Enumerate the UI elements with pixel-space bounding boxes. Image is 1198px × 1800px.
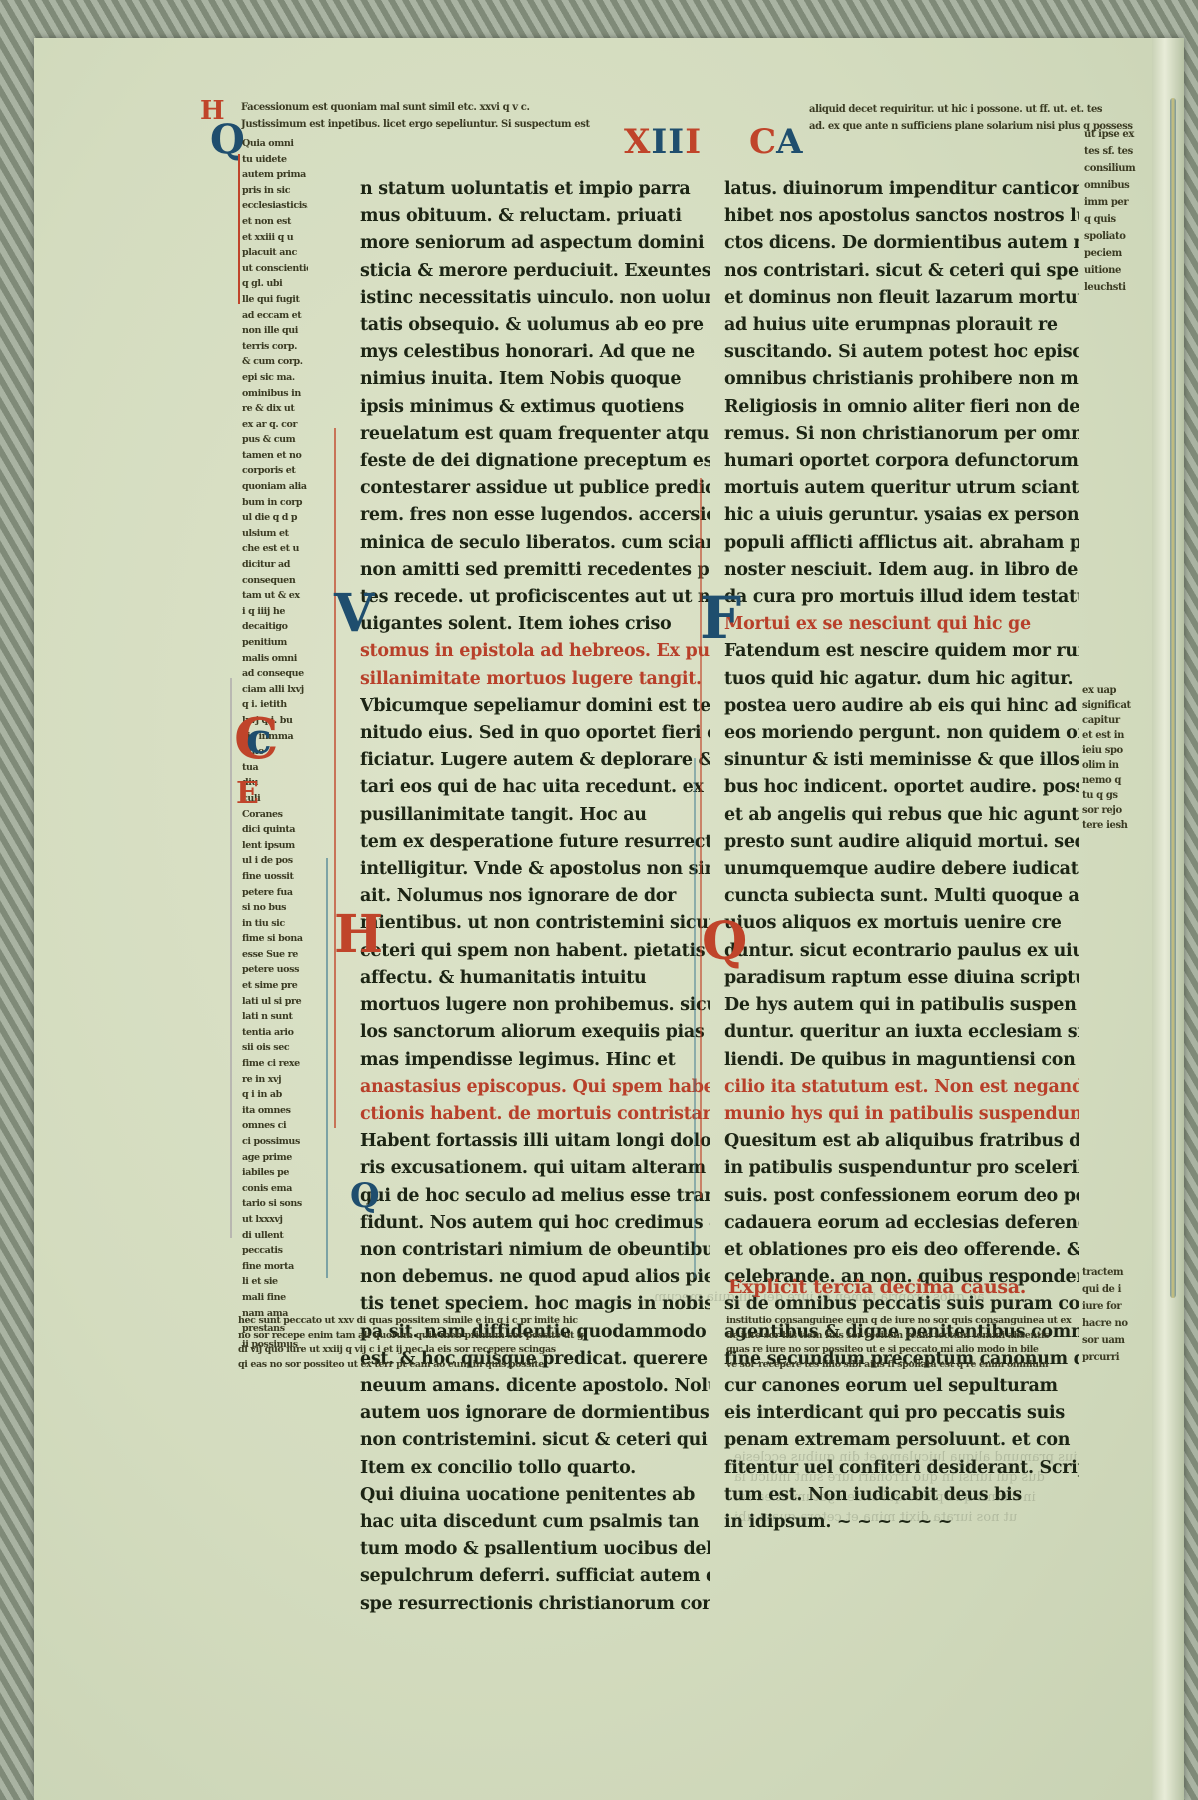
- text-line: terris corp.: [242, 339, 308, 355]
- violet-penwork: [230, 678, 232, 1238]
- text-line: ad conseque: [242, 666, 308, 682]
- text-line: ulsium et: [242, 526, 308, 542]
- text-line: Quia omni: [242, 136, 308, 152]
- text-line: da cura pro mortuis illud idem testatur …: [724, 584, 1079, 611]
- text-line: tes recede. ut proficiscentes aut ut na: [360, 584, 710, 611]
- text-line: sepulchrum deferri. sufficiat autem quod…: [360, 1563, 710, 1590]
- text-line: tu q gs: [1082, 788, 1144, 803]
- text-line: ad eccam et: [242, 308, 308, 324]
- text-line: mus obituum. & reluctam. priuati: [360, 203, 710, 230]
- text-line: mas impendisse legimus. Hinc et: [360, 1047, 710, 1074]
- initial-c-inner: c: [246, 714, 272, 763]
- text-line: De hys autem qui in patibulis suspen: [724, 992, 1079, 1019]
- text-line: et ab angelis qui rebus que hic aguntur.: [724, 802, 1079, 829]
- text-line: paradisum raptum esse diuina scriptura t…: [724, 965, 1079, 992]
- text-line: rem. fres non esse lugendos. accersione …: [360, 502, 710, 529]
- text-line: anastasius episcopus. Qui spem habent re…: [360, 1074, 710, 1101]
- text-line: non ille qui: [242, 323, 308, 339]
- text-line: ex ar q. cor: [242, 417, 308, 433]
- blue-penwork-right: [694, 758, 696, 1278]
- text-line: lati ul si pre: [242, 994, 308, 1010]
- text-line: bum in corp: [242, 495, 308, 511]
- text-line: liendi. De quibus in maguntiensi con: [724, 1047, 1079, 1074]
- text-line: non amitti sed premitti recedentes prece…: [360, 557, 710, 584]
- text-line: hibet nos apostolus sanctos nostros luge…: [724, 203, 1079, 230]
- text-line: mys celestibus honorari. Ad que ne: [360, 339, 710, 366]
- text-line: iure for: [1082, 1298, 1144, 1315]
- text-line: iabiles pe: [242, 1165, 308, 1181]
- text-line: ficiatur. Lugere autem & deplorare & lam: [360, 747, 710, 774]
- text-line: eis interdicant qui pro peccatis suis: [724, 1400, 1079, 1427]
- binding-gutter: [1152, 38, 1184, 1800]
- text-line: tum est. Non iudicabit deus bis: [724, 1482, 1079, 1509]
- text-line: ciam alli lxvj: [242, 682, 308, 698]
- gloss-line: aliquid decet requiritur. ut hic i posso…: [809, 102, 1189, 119]
- text-line: mortuos lugere non prohibemus. sicut non…: [360, 992, 710, 1019]
- text-line: tam ut & ex: [242, 588, 308, 604]
- text-line: corporis et: [242, 463, 308, 479]
- text-line: ominibus in: [242, 386, 308, 402]
- text-line: fine morta: [242, 1259, 308, 1275]
- text-line: omnibus: [1084, 177, 1146, 194]
- text-line: che est et u: [242, 541, 308, 557]
- text-line: Qui diuina uocatione penitentes ab: [360, 1482, 710, 1509]
- text-line: li et sie: [242, 1274, 308, 1290]
- text-line: Quesitum est ab aliquibus fratribus de h…: [724, 1128, 1079, 1155]
- text-line: malis omni: [242, 651, 308, 667]
- text-line: qi eas no sor possiteo ut ex terr pt eam…: [238, 1358, 688, 1373]
- text-line: decaitigo: [242, 619, 308, 635]
- text-line: eos moriendo pergunt. non quidem omnia s…: [724, 720, 1079, 747]
- initial-h-red-large: H: [334, 904, 383, 965]
- text-line: in patibulis suspenduntur pro sceleribus: [724, 1155, 1079, 1182]
- text-line: imm per: [1084, 194, 1146, 211]
- text-line: di ullent: [242, 1228, 308, 1244]
- text-line: n statum uoluntatis et impio parra: [360, 176, 710, 203]
- text-line: Habent fortassis illi uitam longi dolo: [360, 1128, 710, 1155]
- gloss-line: Justissimum est inpetibus. licet ergo se…: [241, 117, 621, 134]
- text-line: ait. Nolumus nos ignorare de dor: [360, 883, 710, 910]
- text-line: petere uoss: [242, 962, 308, 978]
- text-line: ieiu spo: [1082, 743, 1144, 758]
- text-line: q i in ab: [242, 1087, 308, 1103]
- text-line: et xxiii q u: [242, 230, 308, 246]
- text-line: non debemus. ne quod apud alios pieta: [360, 1264, 710, 1291]
- text-line: ut lxxxvj: [242, 1212, 308, 1228]
- text-line: istinc necessitatis uinculo. non uolun: [360, 285, 710, 312]
- text-line: Item ex concilio tollo quarto.: [360, 1455, 710, 1482]
- text-line: ul i de pos: [242, 853, 308, 869]
- text-line: tractem: [1082, 1264, 1144, 1281]
- text-line: esse Sue re: [242, 947, 308, 963]
- chapter-number: XIII: [624, 122, 702, 162]
- text-line: tari eos qui de hac uita recedunt. ex: [360, 774, 710, 801]
- text-line: fidunt. Nos autem qui hoc credimus & doc…: [360, 1210, 710, 1237]
- text-line: intelligitur. Vnde & apostolus non simpl…: [360, 856, 710, 883]
- text-line: populi afflicti afflictus ait. abraham p…: [724, 530, 1079, 557]
- text-line: q gl. ubi: [242, 276, 308, 292]
- text-line: ut conscientie: [242, 261, 308, 277]
- text-line: significat: [1082, 698, 1144, 713]
- text-line: more seniorum ad aspectum domini cum tri: [360, 230, 710, 257]
- text-line: et oblationes pro eis deo offerende. & m…: [724, 1237, 1079, 1264]
- text-line: los sanctorum aliorum exequiis pias lacr…: [360, 1019, 710, 1046]
- text-line: Vbicumque sepeliamur domini est terra & …: [360, 693, 710, 720]
- text-line: capitur: [1082, 713, 1144, 728]
- text-line: institutio consanguinee eum q de iure no…: [726, 1314, 1166, 1329]
- text-line: et dominus non fleuit lazarum mortuum. s…: [724, 285, 1079, 312]
- text-line: tario si sons: [242, 1196, 308, 1212]
- text-line: sinuntur & isti meminisse & que illos qu…: [724, 747, 1079, 774]
- text-line: duntur. queritur an iuxta ecclesiam sint…: [724, 1019, 1079, 1046]
- text-line: nemo q: [1082, 773, 1144, 788]
- text-line: Mortui ex se nesciunt qui hic ge: [724, 611, 1079, 638]
- text-line: & cum corp.: [242, 354, 308, 370]
- text-line: pris in sic: [242, 183, 308, 199]
- text-line: leuchsti: [1084, 279, 1146, 296]
- text-line: ceteri qui spem non habent. pietatis nam…: [360, 938, 710, 965]
- text-line: sillanimitate mortuos lugere tangit.: [360, 666, 710, 693]
- text-line: cilio ita statutum est. Non est neganda …: [724, 1074, 1079, 1101]
- gloss-bottom-left: hec sunt peccato ut xxv di quas possitem…: [238, 1314, 688, 1372]
- text-line: tentia ario: [242, 1025, 308, 1041]
- text-line: qui de hoc seculo ad melius esse transit…: [360, 1183, 710, 1210]
- manuscript-leaf: ad quos propria tamen et iure dei cui qu…: [34, 38, 1184, 1800]
- text-line: minica de seculo liberatos. cum sciamus: [360, 530, 710, 557]
- text-line: lati n sunt: [242, 1009, 308, 1025]
- text-line: tatis obsequio. & uolumus ab eo pre: [360, 312, 710, 339]
- text-line: cur canones eorum uel sepulturam: [724, 1373, 1079, 1400]
- text-line: autem uos ignorare de dormientibus. ut: [360, 1400, 710, 1427]
- blue-penwork-left: [326, 858, 328, 1278]
- text-line: quas re iure no sor possiteo ut e si pec…: [726, 1343, 1166, 1358]
- text-line: tere iesh: [1082, 818, 1144, 833]
- text-line: re in xvj: [242, 1072, 308, 1088]
- text-line: spe resurrectionis christianorum corpori…: [360, 1591, 710, 1618]
- text-line: et non est: [242, 214, 308, 230]
- line-filler: ~ ~ ~ ~ ~ ~: [831, 1512, 952, 1532]
- text-line: pus & cum: [242, 432, 308, 448]
- text-line: humari oportet corpora defunctorum. de: [724, 448, 1079, 475]
- text-line: mortuis autem queritur utrum sciant ea q…: [724, 475, 1079, 502]
- text-line: uitione: [1084, 262, 1146, 279]
- text-line: hec sunt peccato ut xxv di quas possitem…: [238, 1314, 688, 1329]
- text-line: et est in: [1082, 728, 1144, 743]
- text-line: ctionis habent. de mortuis contristari n…: [360, 1101, 710, 1128]
- text-line: suscitando. Si autem potest hoc episcopu…: [724, 339, 1079, 366]
- text-line: bus hoc indicent. oportet audire. possun…: [724, 774, 1079, 801]
- text-line: tum modo & psallentium uocibus debent ad: [360, 1536, 710, 1563]
- initial-f-blue: F: [700, 584, 741, 652]
- text-line: dici quinta: [242, 822, 308, 838]
- initial-u-blue: V: [334, 583, 374, 644]
- initial-q-blue-small: Q: [350, 1176, 380, 1216]
- explicit-rubric: Explicit tercia decima causa.: [728, 1274, 1026, 1301]
- text-line: spoliato: [1084, 228, 1146, 245]
- text-line: unumquemque audire debere iudicat. cui: [724, 856, 1079, 883]
- text-line: dicitur ad: [242, 557, 308, 573]
- text-line: sor rejo: [1082, 803, 1144, 818]
- text-line: ita omnes: [242, 1103, 308, 1119]
- gloss-column-right-mid: ex uapsignificatcapituret est inieiu spo…: [1082, 683, 1144, 833]
- text-line: nos contristari. sicut & ceteri qui spem…: [724, 258, 1079, 285]
- text-line: ctos dicens. De dormientibus autem nolo: [724, 230, 1079, 257]
- text-line: lent ipsum: [242, 838, 308, 854]
- initial-q-red-large: Q: [702, 911, 747, 972]
- initial-e-red: E: [236, 776, 259, 811]
- text-line: in tiu sic: [242, 916, 308, 932]
- text-line: de iure sor his item fuis sor recitem re…: [726, 1329, 1166, 1344]
- text-line: omnibus christianis prohibere non morere…: [724, 366, 1079, 393]
- text-line: age prime: [242, 1150, 308, 1166]
- text-line: no sor recepe enim tam ali quorum quia m…: [238, 1329, 688, 1344]
- text-line: consilium: [1084, 160, 1146, 177]
- text-line: quoniam alia u: [242, 479, 308, 495]
- text-line: cuncta subiecta sunt. Multi quoque ad: [724, 883, 1079, 910]
- text-line: lle qui fugit: [242, 292, 308, 308]
- text-line: qui de i: [1082, 1281, 1144, 1298]
- text-line: mientibus. ut non contristemini sicut et: [360, 910, 710, 937]
- text-line: postea uero audire ab eis qui hinc ad: [724, 693, 1079, 720]
- text-line: conis ema: [242, 1181, 308, 1197]
- text-line: nitudo eius. Sed in quo oportet fieri ef: [360, 720, 710, 747]
- text-line: autem prima: [242, 167, 308, 183]
- text-line: tuos quid hic agatur. dum hic agitur.: [724, 666, 1079, 693]
- text-line: pusillanimitate tangit. Hoc au: [360, 802, 710, 829]
- text-line: in idipsum. ~ ~ ~ ~ ~ ~: [724, 1509, 1079, 1536]
- text-line: omnes ci: [242, 1118, 308, 1134]
- gloss-line: Facessionum est quoniam mal sunt simil e…: [241, 100, 621, 117]
- text-line: suis. post confessionem eorum deo peract…: [724, 1183, 1079, 1210]
- text-line: consequen: [242, 573, 308, 589]
- text-line: latus. diuinorum impenditur canticorum. …: [724, 176, 1079, 203]
- text-line: si no bus: [242, 900, 308, 916]
- text-line: tem ex desperatione future resurrectioni…: [360, 829, 710, 856]
- text-line: tu uidete: [242, 152, 308, 168]
- text-line: noster nesciuit. Idem aug. in libro de a…: [724, 557, 1079, 584]
- text-line: sticia & merore perduciuit. Exeuntes: [360, 258, 710, 285]
- text-line: ut ipse ex: [1084, 126, 1146, 143]
- gloss-bottom-right: institutio consanguinee eum q de iure no…: [726, 1314, 1166, 1372]
- text-line: fime si bona: [242, 931, 308, 947]
- text-line: re & dix ut: [242, 401, 308, 417]
- text-line: ipsis minimus & extimus quotiens: [360, 394, 710, 421]
- text-line: tamen et no: [242, 448, 308, 464]
- text-line: q quis: [1084, 211, 1146, 228]
- chapter-letters: CA: [749, 122, 802, 162]
- header-gloss-left: Facessionum est quoniam mal sunt simil e…: [241, 100, 621, 134]
- text-line: ci possimus: [242, 1134, 308, 1150]
- red-penwork-left: [334, 428, 336, 1128]
- text-line: Religiosis in omnio aliter fieri non deb…: [724, 394, 1079, 421]
- text-line: placuit anc: [242, 245, 308, 261]
- text-line: peciem: [1084, 245, 1146, 262]
- text-line: neuum amans. dicente apostolo. Nolumus: [360, 1373, 710, 1400]
- text-line: feste de dei dignatione preceptum est. u…: [360, 448, 710, 475]
- text-line: hic a uiuis geruntur. ysaias ex persona: [724, 502, 1079, 529]
- text-line: fime ci rexe: [242, 1056, 308, 1072]
- text-line: non contristari nimium de obeuntibus: [360, 1237, 710, 1264]
- red-flourish: [238, 154, 240, 304]
- text-line: uiuos aliquos ex mortuis uenire cre: [724, 910, 1079, 937]
- text-line: presto sunt audire aliquid mortui. sed q…: [724, 829, 1079, 856]
- text-line: et sime pre: [242, 978, 308, 994]
- text-line: contestarer assidue ut publice predica: [360, 475, 710, 502]
- text-line: penam extremam persoluunt. et con: [724, 1427, 1079, 1454]
- text-line: hac uita discedunt cum psalmis tan: [360, 1509, 710, 1536]
- text-line: ul die q d p: [242, 510, 308, 526]
- facing-page-border: [1170, 98, 1176, 1298]
- text-line: remus. Si non christianorum per omnem mo…: [724, 421, 1079, 448]
- text-line: stomus in epistola ad hebreos. Ex pu: [360, 638, 710, 665]
- text-line: non contristemini. sicut & ceteri qui sp…: [360, 1427, 710, 1454]
- text-line: duntur. sicut econtrario paulus ex uiuis…: [724, 938, 1079, 965]
- text-line: reuelatum est quam frequenter atque mani: [360, 421, 710, 448]
- gloss-column-right-top: ut ipse extes sf. tesconsiliumomnibusimm…: [1084, 126, 1146, 296]
- text-line: tes sf. tes: [1084, 143, 1146, 160]
- text-line: uigantes solent. Item iohes criso: [360, 611, 710, 638]
- text-line: fitentur uel confiteri desiderant. Scrip: [724, 1455, 1079, 1482]
- text-line: sii ois sec: [242, 1040, 308, 1056]
- text-line: Fatendum est nescire quidem mor runtur.: [724, 638, 1079, 665]
- text-line: penitium: [242, 635, 308, 651]
- text-line: peccatis: [242, 1243, 308, 1259]
- text-line: olim in: [1082, 758, 1144, 773]
- text-line: i q iiij he: [242, 604, 308, 620]
- text-line: cadauera eorum ad ecclesias deferenda si…: [724, 1210, 1079, 1237]
- text-line: epi sic ma.: [242, 370, 308, 386]
- text-line: ex uap: [1082, 683, 1144, 698]
- text-column-left: n statum uoluntatis et impio parramus ob…: [360, 176, 710, 1618]
- text-line: affectu. & humanitatis intuitu: [360, 965, 710, 992]
- text-line: ad huius uite erumpnas plorauit re: [724, 312, 1079, 339]
- text-line: nimius inuita. Item Nobis quoque: [360, 366, 710, 393]
- text-line: fine uossit: [242, 869, 308, 885]
- text-line: munio hys qui in patibulis suspenduntur.: [724, 1101, 1079, 1128]
- text-line: di vij quo iure ut xxiij q vij c i et ij…: [238, 1343, 688, 1358]
- text-line: mali fine: [242, 1290, 308, 1306]
- text-line: ecclesiasticis.: [242, 198, 308, 214]
- text-line: ris excusationem. qui uitam alteram nesc…: [360, 1155, 710, 1182]
- text-line: ve sor recepere tes iiiio sibi aius fi s…: [726, 1358, 1166, 1373]
- text-line: petere fua: [242, 885, 308, 901]
